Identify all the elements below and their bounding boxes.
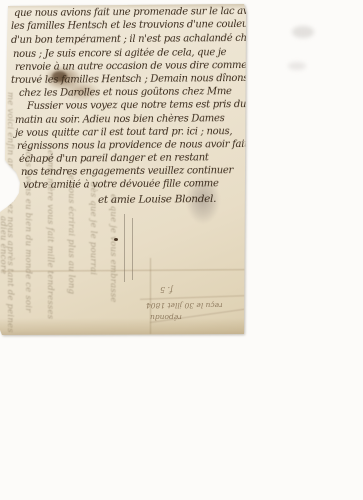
letter-line: Fussier vous voyez que notre tems est pr… xyxy=(27,99,246,112)
verso-showthrough-column: je vous écrirai plus au long xyxy=(66,172,76,307)
letter-line: trouvé les familles Hentsch ; Demain nou… xyxy=(11,73,248,86)
paper-bottom-edge-shadow xyxy=(0,318,250,336)
signature-line: et amie Louise Blondel. xyxy=(98,193,216,206)
letter-line: les familles Hentsch et les trouvions d'… xyxy=(11,19,265,32)
letter-line: je vous quitte car il est tout tard pr. … xyxy=(15,126,232,139)
ink-speck xyxy=(114,238,118,241)
letter-line: matin au soir. Adieu nos bien chères Dam… xyxy=(15,113,224,126)
letter-line: échapé d'un pareil danger et en restant xyxy=(19,152,209,165)
paper-sheet: adieu encore me voici enfin arrivée chez… xyxy=(0,4,250,336)
letter-line: votre amitié à votre dévouée fille comme xyxy=(23,178,219,191)
verso-showthrough-column: me voici enfin arrivée chez nous après t… xyxy=(5,92,15,307)
archival-annotation-date: reçu le 30 jllet 1804 xyxy=(146,301,223,310)
letter-line: nos tendres engagements veuillez continu… xyxy=(21,165,233,178)
fold-line-horizontal xyxy=(140,295,246,300)
letter-line: régnissons nous la providence de nous av… xyxy=(17,139,248,152)
letter-page: adieu encore me voici enfin arrivée chez… xyxy=(0,4,250,336)
verso-showthrough-stroke xyxy=(124,214,125,282)
letter-line: chez les Darolles et nous goûtons chez M… xyxy=(19,86,232,99)
letter-line: que nous avions fait une promenade sur l… xyxy=(14,6,259,19)
verso-showthrough-column: dès que je le pourrai xyxy=(88,182,98,282)
background-smudge xyxy=(292,26,314,38)
verso-showthrough-column: et que je vous embrasse xyxy=(108,194,118,274)
letter-line: renvoie à un autre occasion de vous dire… xyxy=(15,60,273,73)
letter-line: nous ; Je suis encore si agitée de cela,… xyxy=(13,47,226,60)
background-smudge xyxy=(288,62,306,70)
archival-annotation-mark: f. 5 xyxy=(160,285,173,294)
letter-line: d'un bon tempérament ; il n'est pas acha… xyxy=(11,33,257,46)
scan-background: adieu encore me voici enfin arrivée chez… xyxy=(0,0,363,500)
